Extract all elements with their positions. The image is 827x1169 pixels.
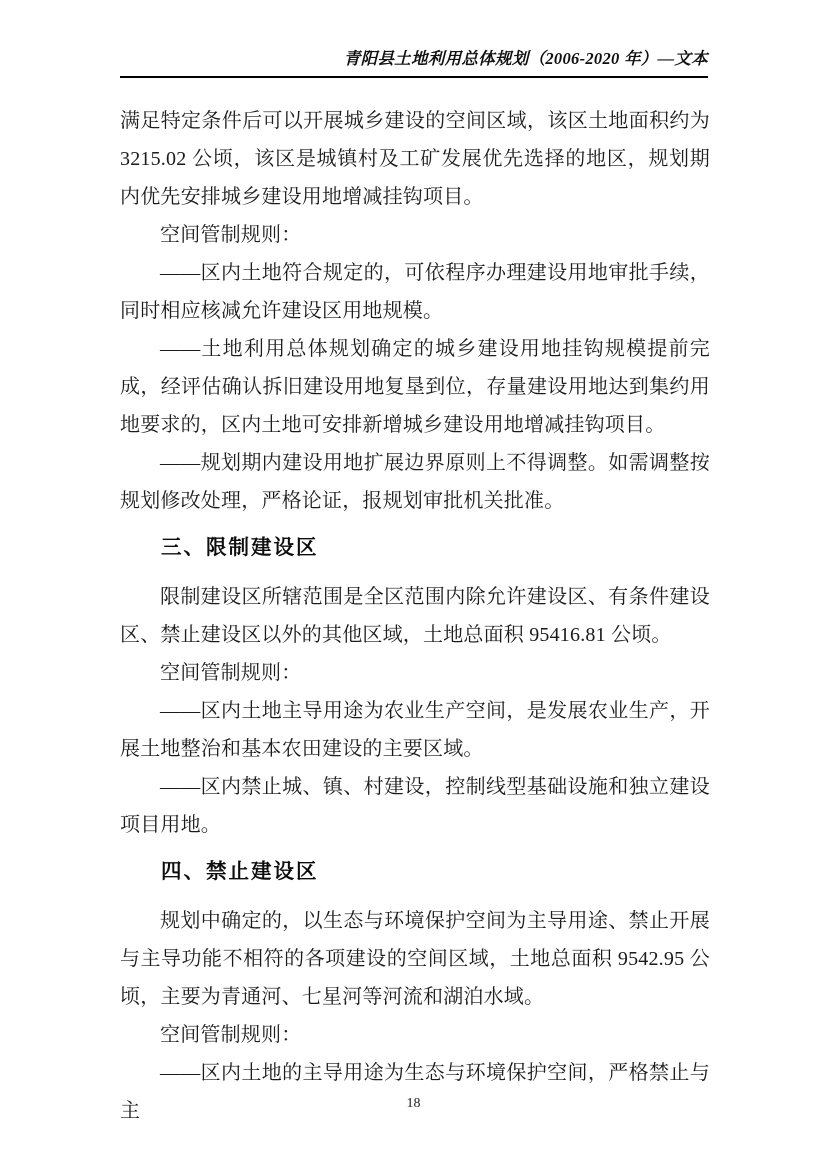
body-paragraph: ——区内土地主导用途为农业生产空间，是发展农业生产，开展土地整治和基本农田建设的… <box>120 692 710 768</box>
body-paragraph: 空间管制规则： <box>120 216 710 254</box>
page-footer: 18 <box>0 1094 827 1114</box>
section-heading-restricted-zone: 三、限制建设区 <box>120 529 710 567</box>
body-paragraph: 规划中确定的，以生态与环境保护空间为主导用途、禁止开展与主导功能不相符的各项建设… <box>120 902 710 1016</box>
document-page: 青阳县土地利用总体规划（2006-2020 年）—文本 满足特定条件后可以开展城… <box>0 0 827 1169</box>
body-paragraph: 空间管制规则： <box>120 1016 710 1054</box>
body-paragraph: 空间管制规则： <box>120 654 710 692</box>
body-paragraph: ——土地利用总体规划确定的城乡建设用地挂钩规模提前完成，经评估确认拆旧建设用地复… <box>120 330 710 444</box>
section-heading-forbidden-zone: 四、禁止建设区 <box>120 853 710 891</box>
body-paragraph: ——规划期内建设用地扩展边界原则上不得调整。如需调整按规划修改处理，严格论证，报… <box>120 444 710 520</box>
body-paragraph: 限制建设区所辖范围是全区范围内除允许建设区、有条件建设区、禁止建设区以外的其他区… <box>120 578 710 654</box>
body-paragraph: ——区内禁止城、镇、村建设，控制线型基础设施和独立建设项目用地。 <box>120 768 710 844</box>
header-rule <box>120 76 708 78</box>
body-paragraph: ——区内土地的主导用途为生态与环境保护空间，严格禁止与主 <box>120 1054 710 1130</box>
running-header: 青阳县土地利用总体规划（2006-2020 年）—文本 <box>120 0 708 78</box>
body-paragraph: ——区内土地符合规定的，可依程序办理建设用地审批手续，同时相应核减允许建设区用地… <box>120 254 710 330</box>
running-header-title: 青阳县土地利用总体规划（2006-2020 年）—文本 <box>120 0 708 71</box>
page-number: 18 <box>407 1096 421 1111</box>
body-paragraph: 满足特定条件后可以开展城乡建设的空间区域，该区土地面积约为 3215.02 公顷… <box>120 102 710 216</box>
document-body: 满足特定条件后可以开展城乡建设的空间区域，该区土地面积约为 3215.02 公顷… <box>120 102 710 1130</box>
